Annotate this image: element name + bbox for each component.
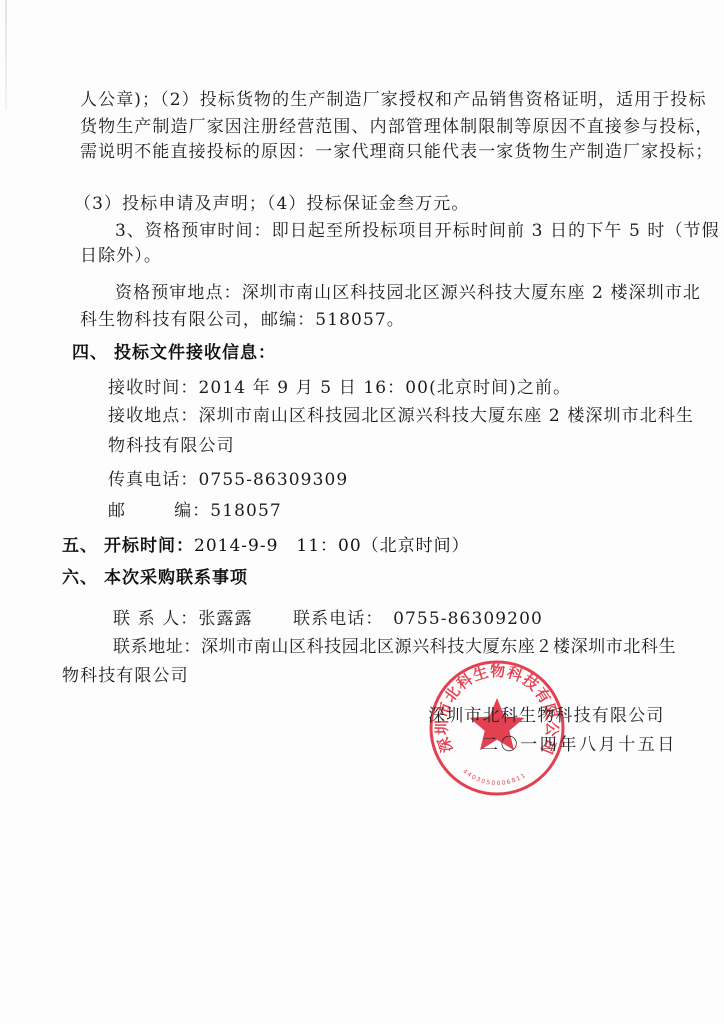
prequal-time-line: 3、资格预审时间：即日起至所投标项目开标时间前 3 日的下午 5 时（节假 — [115, 221, 720, 241]
prequal-time-line: 日除外）。 — [80, 246, 162, 266]
paragraph-line: 人公章)；（2）投标货物的生产制造厂家授权和产品销售资格证明，适用于投标 — [80, 90, 707, 110]
document-page: 人公章)；（2）投标货物的生产制造厂家授权和产品销售资格证明，适用于投标 货物生… — [0, 0, 724, 1024]
company-seal-icon: 深圳市北科生物科技有限公司 4403050006811 — [427, 658, 567, 798]
section-heading-5: 五、开标时间：2014-9-9 11：00（北京时间） — [62, 536, 470, 556]
contact-address-cont: 物科技有限公司 — [62, 666, 189, 686]
section-number: 四、 — [72, 343, 114, 363]
receipt-location-cont: 物科技有限公司 — [108, 436, 235, 456]
signature-date: 二〇一四年八月十五日 — [481, 735, 677, 755]
contact-person: 联 系 人：张露露 — [113, 609, 253, 629]
postcode: 邮编：518057 — [108, 501, 282, 521]
postcode-label-a: 邮 — [108, 501, 126, 521]
section-number: 五、 — [62, 536, 104, 556]
fax-number: 传真电话：0755-86309309 — [108, 470, 348, 490]
section-heading-6: 六、本次采购联系事项 — [62, 568, 248, 588]
section-title: 开标时间： — [104, 536, 194, 556]
paragraph-line: 需说明不能直接投标的原因：一家代理商只能代表一家货物生产制造厂家投标； — [80, 142, 714, 162]
seal-number: 4403050006811 — [461, 768, 528, 787]
prequal-location-line: 资格预审地点：深圳市南山区科技园北区源兴科技大厦东座 2 楼深圳市北 — [115, 283, 701, 303]
contact-phone: 联系电话： 0755-86309200 — [293, 609, 543, 629]
bid-opening-time: 2014-9-9 11：00（北京时间） — [194, 536, 470, 556]
contact-address: 联系地址：深圳市南山区科技园北区源兴科技大厦东座２楼深圳市北科生 — [113, 637, 676, 657]
paragraph-line: （3）投标申请及声明；（4）投标保证金叁万元。 — [74, 194, 469, 214]
section-number: 六、 — [62, 568, 104, 588]
paragraph-line: 货物生产制造厂家因注册经营范围、内部管理体制限制等原因不直接参与投标， — [80, 117, 714, 137]
svg-text:4403050006811: 4403050006811 — [461, 768, 528, 787]
section-title: 投标文件接收信息： — [114, 343, 276, 363]
prequal-location-line: 科生物科技有限公司，邮编：518057。 — [80, 310, 405, 330]
section-heading-4: 四、投标文件接收信息： — [72, 343, 276, 363]
receipt-location: 接收地点：深圳市南山区科技园北区源兴科技大厦东座 2 楼深圳市北科生 — [108, 406, 694, 426]
signature-company: 深圳市北科生物科技有限公司 — [428, 706, 665, 726]
scan-edge — [5, 0, 7, 110]
postcode-value: 编：518057 — [174, 501, 282, 521]
receipt-time: 接收时间：2014 年 9 月 5 日 16：00(北京时间)之前。 — [108, 378, 571, 398]
section-title: 本次采购联系事项 — [104, 568, 248, 588]
